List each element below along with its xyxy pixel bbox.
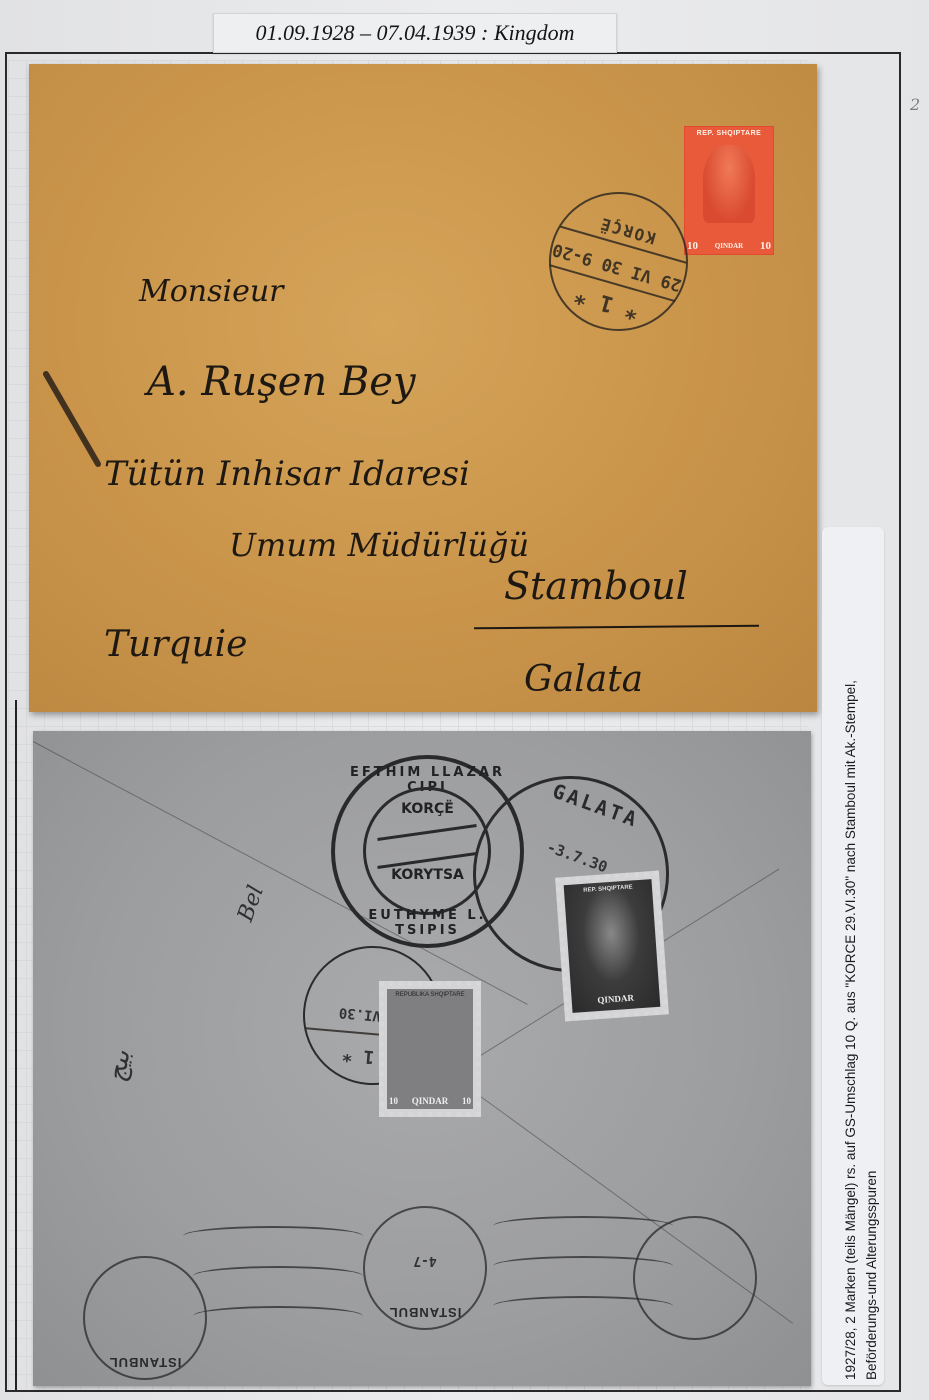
cancel-date: 4-7 — [365, 1253, 485, 1268]
envelope-back-photo[interactable]: Bel بيج EFTHIM LLAZAR CIPI KORÇË KORYTSA… — [33, 731, 811, 1386]
stamp-country: REP. SHQIPTARE — [685, 130, 773, 137]
pencil-note: Bel — [233, 882, 269, 925]
description-line-2: Beförderungs-und Alterungsspuren — [861, 520, 882, 1380]
city-underline — [474, 625, 759, 629]
cancel-circle: ISTANBUL 4-7 — [363, 1206, 487, 1330]
frame-line — [15, 700, 17, 1390]
stamp-currency: QINDAR — [571, 991, 659, 1007]
stamp-face: REP. SHQIPTARE QINDAR — [564, 879, 661, 1013]
page-number: 2 — [910, 95, 920, 114]
arabic-script-note: بيج — [101, 1048, 136, 1085]
korce-postmark: * 1 * 29 VI 30 9-20 KORÇË — [533, 176, 705, 348]
address-line-2: Umum Müdürlüğü — [229, 526, 529, 564]
cancel-wave — [193, 1266, 363, 1286]
cancel-town: ISTANBUL — [365, 1305, 485, 1320]
cancel-circle: ISTANBUL — [83, 1256, 207, 1380]
istanbul-machine-cancel: ISTANBUL ISTANBUL 4-7 — [93, 1186, 783, 1386]
cancel-town: ISTANBUL — [85, 1355, 205, 1370]
stamp-portrait-overprint: REP. SHQIPTARE QINDAR — [555, 871, 669, 1022]
stamp-value-right: 10 — [462, 1096, 471, 1106]
portrait-icon — [703, 145, 755, 223]
stamp-country: REPUBLIKA SHQIPTARE — [387, 992, 473, 998]
cancel-wave — [493, 1216, 673, 1236]
address-city: Stamboul — [504, 564, 688, 608]
stamp-currency: QINDAR — [412, 1096, 449, 1106]
address-name: A. Ruşen Bey — [147, 359, 416, 405]
stamp-country: REP. SHQIPTARE — [564, 883, 652, 895]
imprinted-stamp: REP. SHQIPTARE 10 QINDAR 10 — [684, 126, 774, 255]
address-country: Turquie — [104, 624, 247, 665]
ink-mark — [42, 370, 102, 468]
stamp-value-right: 10 — [760, 240, 771, 252]
stamp-10-qindar: REPUBLIKA SHQIPTARE 10 QINDAR 10 — [379, 981, 481, 1117]
description-text: 1927/28, 2 Marken (teils Mängel) rs. auf… — [840, 520, 882, 1380]
address-line-1: Tütün Inhisar Idaresi — [104, 454, 470, 494]
page-title: 01.09.1928 – 07.04.1939 : Kingdom — [213, 13, 617, 53]
address-salutation: Monsieur — [139, 274, 284, 309]
cancel-wave — [193, 1306, 363, 1326]
stamp-currency: QINDAR — [715, 242, 743, 250]
stamp-value-left: 10 — [389, 1096, 398, 1106]
album-page: 01.09.1928 – 07.04.1939 : Kingdom 2 REP.… — [0, 0, 929, 1400]
address-district: Galata — [524, 659, 643, 700]
envelope-front[interactable]: REP. SHQIPTARE 10 QINDAR 10 * 1 * 29 VI … — [29, 64, 817, 712]
cancel-circle — [633, 1216, 757, 1340]
cancel-wave — [183, 1226, 363, 1246]
description-line-1: 1927/28, 2 Marken (teils Mängel) rs. auf… — [840, 520, 861, 1380]
stamp-face: REPUBLIKA SHQIPTARE 10 QINDAR 10 — [387, 989, 473, 1109]
